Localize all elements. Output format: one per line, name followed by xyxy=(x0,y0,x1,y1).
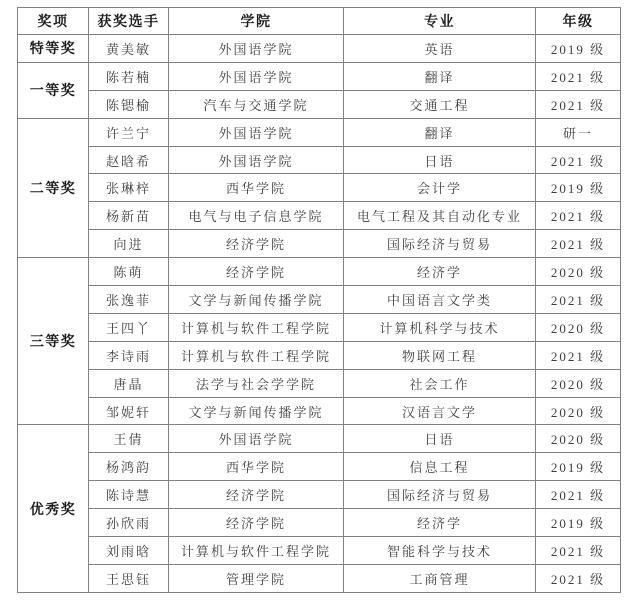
college-cell: 管理学院 xyxy=(169,564,344,592)
awards-table-body: 特等奖黄美敏外国语学院英语2019 级一等奖陈若楠外国语学院翻译2021 级陈锶… xyxy=(18,35,621,593)
table-row: 向进经济学院国际经济与贸易2021 级 xyxy=(18,230,621,258)
table-row: 一等奖陈若楠外国语学院翻译2021 级 xyxy=(18,62,621,90)
major-cell: 社会工作 xyxy=(344,369,536,397)
col-header-award: 奖项 xyxy=(18,8,89,35)
major-cell: 交通工程 xyxy=(344,90,536,118)
major-cell: 英语 xyxy=(344,35,536,63)
award-cell: 特等奖 xyxy=(18,35,89,63)
college-cell: 电气与电子信息学院 xyxy=(169,202,344,230)
major-cell: 计算机科学与技术 xyxy=(344,313,536,341)
grade-cell: 2021 级 xyxy=(536,202,621,230)
college-cell: 外国语学院 xyxy=(169,146,344,174)
major-cell: 日语 xyxy=(344,425,536,453)
grade-cell: 2019 级 xyxy=(536,35,621,63)
table-row: 刘雨晗计算机与软件工程学院智能科学与技术2021 级 xyxy=(18,537,621,565)
college-cell: 文学与新闻传播学院 xyxy=(169,286,344,314)
winner-cell: 王倩 xyxy=(89,425,169,453)
major-cell: 中国语言文学类 xyxy=(344,286,536,314)
college-cell: 西华学院 xyxy=(169,453,344,481)
winner-cell: 孙欣雨 xyxy=(89,509,169,537)
grade-cell: 2021 级 xyxy=(536,230,621,258)
grade-cell: 2020 级 xyxy=(536,313,621,341)
winner-cell: 王思钰 xyxy=(89,564,169,592)
college-cell: 外国语学院 xyxy=(169,35,344,63)
major-cell: 经济学 xyxy=(344,509,536,537)
award-cell: 二等奖 xyxy=(18,118,89,257)
college-cell: 经济学院 xyxy=(169,230,344,258)
college-cell: 外国语学院 xyxy=(169,118,344,146)
col-header-college: 学院 xyxy=(169,8,344,35)
college-cell: 法学与社会学学院 xyxy=(169,369,344,397)
college-cell: 经济学院 xyxy=(169,258,344,286)
award-cell: 三等奖 xyxy=(18,258,89,425)
college-cell: 计算机与软件工程学院 xyxy=(169,537,344,565)
college-cell: 经济学院 xyxy=(169,481,344,509)
major-cell: 翻译 xyxy=(344,118,536,146)
grade-cell: 2020 级 xyxy=(536,425,621,453)
winner-cell: 杨新苗 xyxy=(89,202,169,230)
college-cell: 文学与新闻传播学院 xyxy=(169,397,344,425)
table-row: 杨鸿韵西华学院信息工程2019 级 xyxy=(18,453,621,481)
major-cell: 汉语言文学 xyxy=(344,397,536,425)
winner-cell: 王四丫 xyxy=(89,313,169,341)
winner-cell: 刘雨晗 xyxy=(89,537,169,565)
grade-cell: 研一 xyxy=(536,118,621,146)
grade-cell: 2019 级 xyxy=(536,509,621,537)
award-cell: 一等奖 xyxy=(18,62,89,118)
table-row: 三等奖陈萌经济学院经济学2020 级 xyxy=(18,258,621,286)
major-cell: 电气工程及其自动化专业 xyxy=(344,202,536,230)
awards-table: 奖项 获奖选手 学院 专业 年级 特等奖黄美敏外国语学院英语2019 级一等奖陈… xyxy=(17,7,621,593)
winner-cell: 许兰宁 xyxy=(89,118,169,146)
table-row: 王思钰管理学院工商管理2021 级 xyxy=(18,564,621,592)
winner-cell: 陈萌 xyxy=(89,258,169,286)
grade-cell: 2021 级 xyxy=(536,146,621,174)
award-cell: 优秀奖 xyxy=(18,425,89,593)
header-row: 奖项 获奖选手 学院 专业 年级 xyxy=(18,8,621,35)
col-header-winner: 获奖选手 xyxy=(89,8,169,35)
col-header-major: 专业 xyxy=(344,8,536,35)
table-row: 陈诗慧经济学院国际经济与贸易2021 级 xyxy=(18,481,621,509)
winner-cell: 邹妮轩 xyxy=(89,397,169,425)
college-cell: 计算机与软件工程学院 xyxy=(169,313,344,341)
table-row: 孙欣雨经济学院经济学2019 级 xyxy=(18,509,621,537)
college-cell: 外国语学院 xyxy=(169,425,344,453)
major-cell: 物联网工程 xyxy=(344,341,536,369)
major-cell: 日语 xyxy=(344,146,536,174)
table-row: 赵晗希外国语学院日语2021 级 xyxy=(18,146,621,174)
grade-cell: 2021 级 xyxy=(536,286,621,314)
table-row: 优秀奖王倩外国语学院日语2020 级 xyxy=(18,425,621,453)
table-row: 李诗雨计算机与软件工程学院物联网工程2021 级 xyxy=(18,341,621,369)
table-row: 王四丫计算机与软件工程学院计算机科学与技术2020 级 xyxy=(18,313,621,341)
college-cell: 西华学院 xyxy=(169,174,344,202)
major-cell: 国际经济与贸易 xyxy=(344,481,536,509)
major-cell: 国际经济与贸易 xyxy=(344,230,536,258)
table-row: 陈锶榆汽车与交通学院交通工程2021 级 xyxy=(18,90,621,118)
winner-cell: 陈诗慧 xyxy=(89,481,169,509)
major-cell: 翻译 xyxy=(344,62,536,90)
major-cell: 工商管理 xyxy=(344,564,536,592)
page: 奖项 获奖选手 学院 专业 年级 特等奖黄美敏外国语学院英语2019 级一等奖陈… xyxy=(0,0,639,607)
winner-cell: 陈锶榆 xyxy=(89,90,169,118)
grade-cell: 2021 级 xyxy=(536,537,621,565)
grade-cell: 2020 级 xyxy=(536,397,621,425)
grade-cell: 2019 级 xyxy=(536,174,621,202)
winner-cell: 杨鸿韵 xyxy=(89,453,169,481)
table-row: 邹妮轩文学与新闻传播学院汉语言文学2020 级 xyxy=(18,397,621,425)
grade-cell: 2021 级 xyxy=(536,90,621,118)
grade-cell: 2019 级 xyxy=(536,453,621,481)
table-row: 张逸菲文学与新闻传播学院中国语言文学类2021 级 xyxy=(18,286,621,314)
college-cell: 经济学院 xyxy=(169,509,344,537)
grade-cell: 2021 级 xyxy=(536,481,621,509)
major-cell: 会计学 xyxy=(344,174,536,202)
winner-cell: 向进 xyxy=(89,230,169,258)
college-cell: 外国语学院 xyxy=(169,62,344,90)
grade-cell: 2021 级 xyxy=(536,564,621,592)
table-row: 唐晶法学与社会学学院社会工作2020 级 xyxy=(18,369,621,397)
table-row: 张琳梓西华学院会计学2019 级 xyxy=(18,174,621,202)
grade-cell: 2021 级 xyxy=(536,62,621,90)
winner-cell: 赵晗希 xyxy=(89,146,169,174)
winner-cell: 张逸菲 xyxy=(89,286,169,314)
winner-cell: 黄美敏 xyxy=(89,35,169,63)
grade-cell: 2021 级 xyxy=(536,341,621,369)
table-row: 二等奖许兰宁外国语学院翻译研一 xyxy=(18,118,621,146)
major-cell: 信息工程 xyxy=(344,453,536,481)
winner-cell: 张琳梓 xyxy=(89,174,169,202)
col-header-grade: 年级 xyxy=(536,8,621,35)
grade-cell: 2020 级 xyxy=(536,258,621,286)
college-cell: 计算机与软件工程学院 xyxy=(169,341,344,369)
major-cell: 智能科学与技术 xyxy=(344,537,536,565)
table-row: 特等奖黄美敏外国语学院英语2019 级 xyxy=(18,35,621,63)
college-cell: 汽车与交通学院 xyxy=(169,90,344,118)
table-row: 杨新苗电气与电子信息学院电气工程及其自动化专业2021 级 xyxy=(18,202,621,230)
grade-cell: 2020 级 xyxy=(536,369,621,397)
winner-cell: 李诗雨 xyxy=(89,341,169,369)
winner-cell: 陈若楠 xyxy=(89,62,169,90)
winner-cell: 唐晶 xyxy=(89,369,169,397)
major-cell: 经济学 xyxy=(344,258,536,286)
